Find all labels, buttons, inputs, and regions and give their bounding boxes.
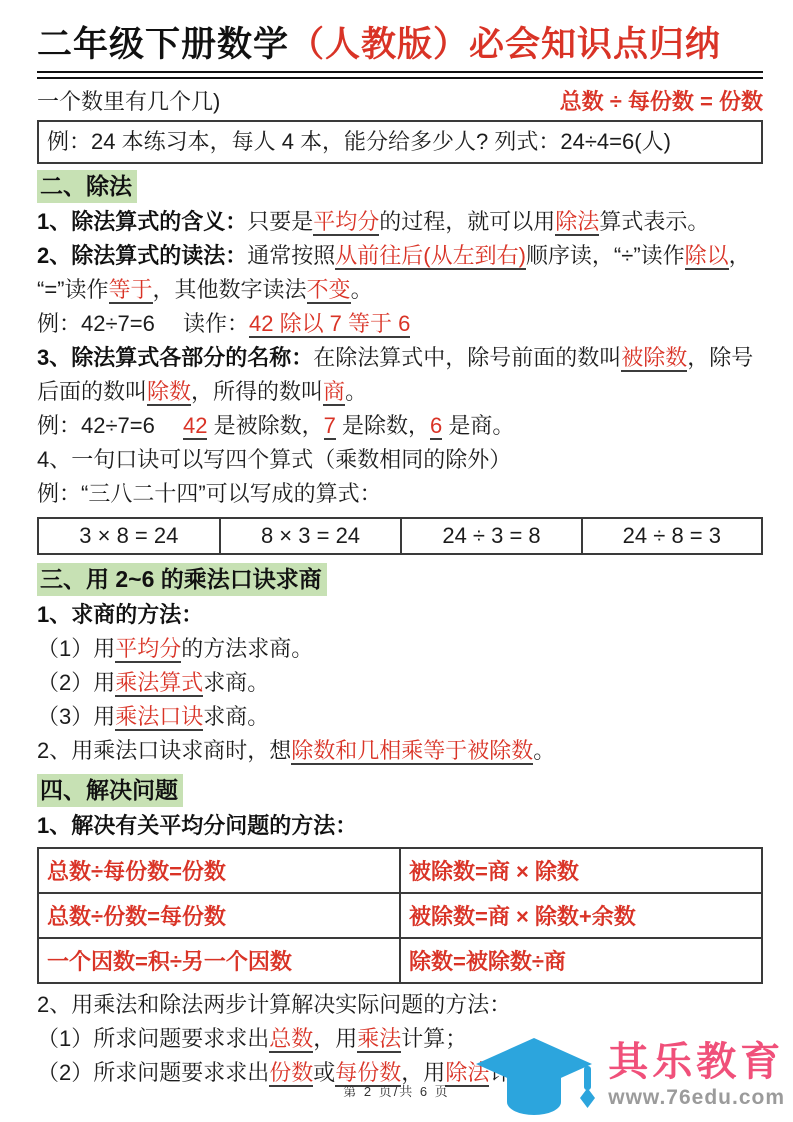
line-quotient-think: 2、用乘法口诀求商时，想除数和几相乘等于被除数。 <box>37 734 763 768</box>
intro-row: 一个数里有几个几) 总数 ÷ 每份数 = 份数 <box>37 85 763 116</box>
formula-cell: 一个因数=积÷另一个因数 <box>38 938 400 983</box>
brand-url: www.76edu.com <box>608 1086 785 1110</box>
formula-cell: 除数=被除数÷商 <box>400 938 762 983</box>
line-division-parts-example: 例：42÷7=6 42 是被除数，7 是除数，6 是商。 <box>37 409 763 443</box>
line-two-step-title: 2、用乘法和除法两步计算解决实际问题的方法： <box>37 988 763 1022</box>
equation-cell: 3 × 8 = 24 <box>38 518 220 554</box>
line-division-reading-example: 例：42÷7=6 读作：42 除以 7 等于 6 <box>37 307 763 341</box>
brand-name: 其乐教育 <box>608 1040 784 1084</box>
page-title-red: （人教版）必会知识点归纳 <box>289 25 721 64</box>
formula-cell: 被除数=商 × 除数+余数 <box>400 893 762 938</box>
brand-logo: 其乐教育 www.76edu.com <box>474 1036 785 1122</box>
line-average-title: 1、解决有关平均分问题的方法： <box>37 809 763 843</box>
intro-left-text: 一个数里有几个几) <box>37 85 220 116</box>
formula-cell: 总数÷每份数=份数 <box>38 848 400 893</box>
equation-cell: 8 × 3 = 24 <box>220 518 402 554</box>
line-four-equations: 4、一句口诀可以写四个算式（乘数相同的除外） <box>37 443 763 477</box>
line-division-parts: 3、除法算式各部分的名称：在除法算式中，除号前面的数叫被除数，除号后面的数叫除数… <box>37 341 763 409</box>
line-quotient-method-2: （2）用乘法算式求商。 <box>37 666 763 700</box>
page-title: 二年级下册数学（人教版）必会知识点归纳 <box>37 22 763 68</box>
formula-cell: 总数÷份数=每份数 <box>38 893 400 938</box>
brand-text-block: 其乐教育 www.76edu.com <box>608 1036 785 1110</box>
equation-cell: 24 ÷ 3 = 8 <box>401 518 581 554</box>
graduation-cap-icon <box>474 1036 602 1122</box>
equation-cell: 24 ÷ 8 = 3 <box>582 518 762 554</box>
line-quotient-method-3: （3）用乘法口诀求商。 <box>37 700 763 734</box>
formula-cell: 被除数=商 × 除数 <box>400 848 762 893</box>
title-double-rule <box>37 71 763 79</box>
formula-table-row: 总数÷份数=每份数 被除数=商 × 除数+余数 <box>38 893 762 938</box>
line-four-equations-example: 例：“三八二十四”可以写成的算式： <box>37 477 763 511</box>
equation-table: 3 × 8 = 24 8 × 3 = 24 24 ÷ 3 = 8 24 ÷ 8 … <box>37 517 763 555</box>
line-quotient-method-1: （1）用平均分的方法求商。 <box>37 632 763 666</box>
section-heading-solving: 四、解决问题 <box>37 774 183 807</box>
line-division-meaning: 1、除法算式的含义：只要是平均分的过程，就可以用除法算式表示。 <box>37 205 763 239</box>
formula-table-row: 一个因数=积÷另一个因数 除数=被除数÷商 <box>38 938 762 983</box>
intro-formula: 总数 ÷ 每份数 = 份数 <box>560 85 763 116</box>
section-heading-quotient: 三、用 2~6 的乘法口诀求商 <box>37 563 327 596</box>
document-page: 二年级下册数学（人教版）必会知识点归纳 一个数里有几个几) 总数 ÷ 每份数 =… <box>0 0 793 1090</box>
line-division-reading: 2、除法算式的读法：通常按照从前往后(从左到右)顺序读，“÷”读作除以，“=”读… <box>37 239 763 307</box>
formula-table-row: 总数÷每份数=份数 被除数=商 × 除数 <box>38 848 762 893</box>
page-title-black: 二年级下册数学 <box>37 25 289 64</box>
example-box: 例：24 本练习本，每人 4 本，能分给多少人? 列式：24÷4=6(人) <box>37 120 763 164</box>
line-quotient-methods-title: 1、求商的方法： <box>37 598 763 632</box>
section-heading-division: 二、除法 <box>37 170 137 203</box>
equation-table-row: 3 × 8 = 24 8 × 3 = 24 24 ÷ 3 = 8 24 ÷ 8 … <box>38 518 762 554</box>
formula-table: 总数÷每份数=份数 被除数=商 × 除数 总数÷份数=每份数 被除数=商 × 除… <box>37 847 763 984</box>
